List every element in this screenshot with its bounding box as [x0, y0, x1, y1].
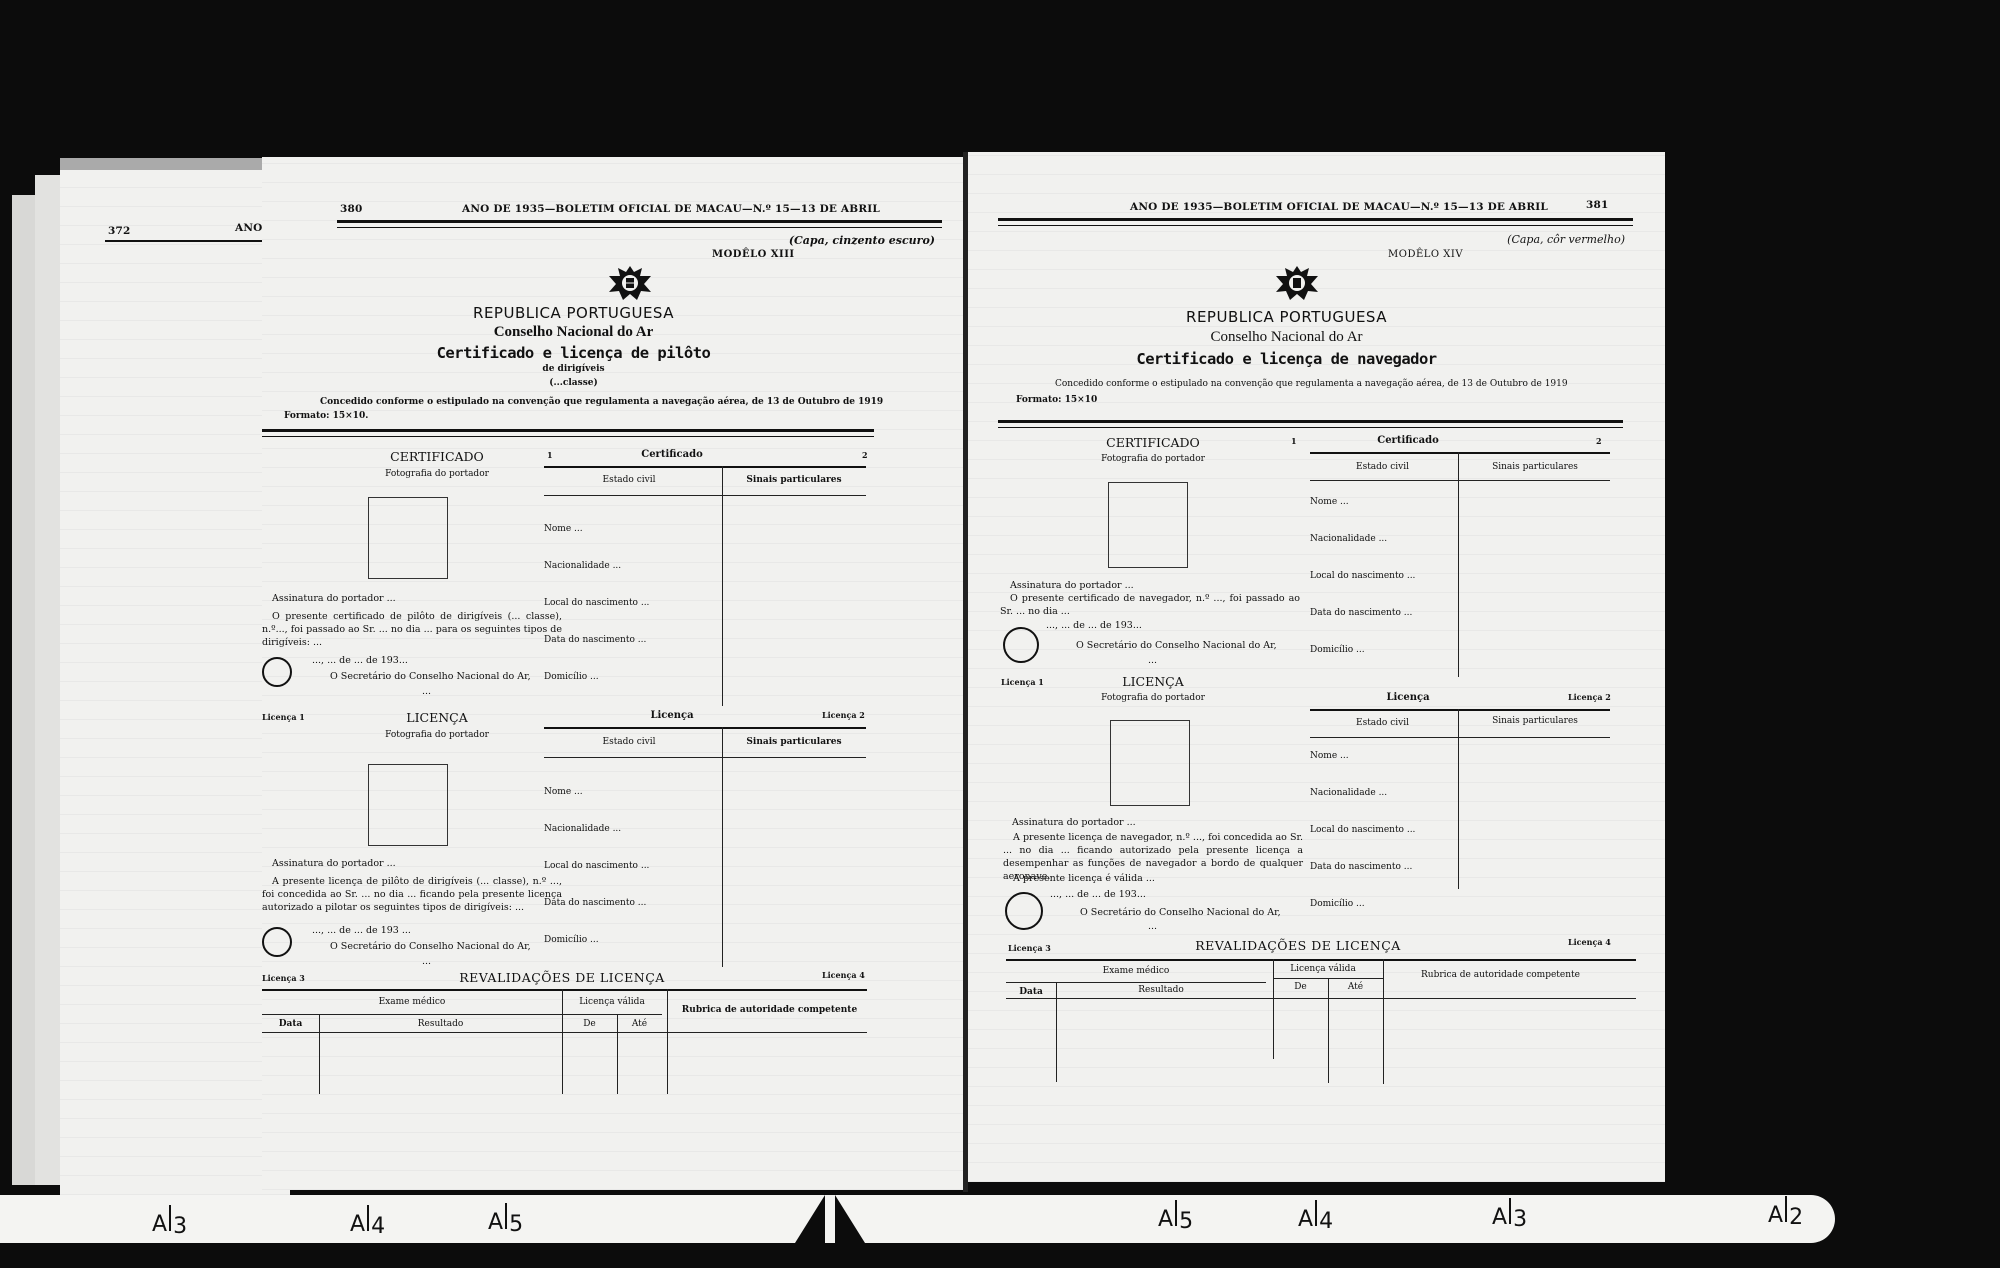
seal-circle [1005, 892, 1043, 930]
secretary-line: O Secretário do Conselho Nacional do Ar, [1080, 906, 1281, 919]
table-rule [1310, 737, 1610, 738]
field-nome: Nome ... [544, 787, 583, 797]
table-rule [1006, 959, 1636, 961]
col-estado-civil: Estado civil [544, 475, 714, 485]
field-data-nascimento: Data do nascimento ... [1310, 608, 1412, 618]
model-label: MODÊLO XIII [712, 249, 795, 260]
table-rule [544, 495, 866, 496]
table-rule [544, 466, 866, 468]
seal-circle [262, 657, 292, 687]
table-divider [1383, 959, 1384, 1084]
subtitle: de dirigíveis [222, 364, 925, 374]
licenca-heading: LICENÇA [1048, 674, 1258, 689]
field-data-nascimento: Data do nascimento ... [544, 635, 646, 645]
panel-number: 1 [1291, 436, 1297, 446]
col-estado-civil: Estado civil [544, 737, 714, 747]
film-mark: A5 [1158, 1200, 1193, 1232]
col-rubrica: Rubrica de autoridade competente [1378, 970, 1623, 980]
col-sinais: Sinais particulares [1460, 462, 1610, 472]
table-rule [262, 989, 867, 991]
col-sinais: Sinais particulares [1460, 716, 1610, 726]
certificado-heading: CERTIFICADO [1048, 435, 1258, 450]
table-rule [1310, 480, 1610, 481]
table-divider [562, 989, 563, 1094]
cert-table-heading: Certificado [572, 449, 772, 460]
secretary-line: O Secretário do Conselho Nacional do Ar, [330, 940, 531, 953]
col-exame-medico: Exame médico [262, 997, 562, 1007]
certificate-text: O presente certificado de pilôto de diri… [262, 610, 562, 649]
field-nacionalidade: Nacionalidade ... [1310, 534, 1387, 544]
coat-of-arms-icon [1274, 264, 1320, 302]
page-number: 381 [1586, 199, 1609, 211]
validity-line: A presente licença é válida ... [1013, 872, 1155, 885]
photo-box [1110, 720, 1190, 806]
class-note: (...classe) [222, 378, 925, 388]
signature-line: Assinatura do portador ... [1012, 816, 1136, 829]
col-ate: Até [617, 1019, 662, 1029]
field-domicilio: Domicílio ... [544, 672, 599, 682]
date-line: ..., ... de ... de 193... [1050, 888, 1146, 901]
revalidacoes-heading: REVALIDAÇÕES DE LICENÇA [1148, 938, 1448, 953]
col-resultado: Resultado [1056, 985, 1266, 995]
table-rule [1006, 998, 1636, 999]
panel-number: 2 [862, 450, 868, 460]
table-divider [617, 1014, 618, 1094]
revalidacoes-heading: REVALIDAÇÕES DE LICENÇA [412, 970, 712, 985]
film-strip [0, 1195, 1835, 1243]
col-estado-civil: Estado civil [1310, 462, 1455, 472]
licenca-heading: LICENÇA [332, 710, 542, 725]
document-title: Certificado e licença de navegador [938, 350, 1635, 368]
col-estado-civil: Estado civil [1310, 718, 1455, 728]
table-rule [1006, 982, 1266, 983]
col-sinais: Sinais particulares [724, 475, 864, 485]
col-ate: Até [1328, 982, 1383, 992]
photo-box [1108, 482, 1188, 568]
table-divider [722, 466, 723, 706]
table-divider [1328, 978, 1329, 1083]
photo-label: Fotografia do portador [332, 469, 542, 479]
secretary-line: O Secretário do Conselho Nacional do Ar, [330, 670, 531, 683]
table-divider [1458, 452, 1459, 677]
date-line: ..., ... de ... de 193... [312, 654, 408, 667]
film-notch-icon [795, 1195, 865, 1243]
ellipsis: ... [422, 955, 431, 968]
field-local-nascimento: Local do nascimento ... [544, 598, 649, 608]
header-rule [998, 218, 1633, 226]
ellipsis: ... [1148, 654, 1157, 667]
certificate-text: O presente certificado de navegador, n.º… [1000, 592, 1300, 618]
date-line: ..., ... de ... de 193 ... [312, 924, 411, 937]
right-page: ANO DE 1935—BOLETIM OFICIAL DE MACAU—N.º… [968, 152, 1665, 1182]
ellipsis: ... [422, 685, 431, 698]
photo-box [368, 764, 448, 846]
field-nacionalidade: Nacionalidade ... [1310, 788, 1387, 798]
cover-note: (Capa, côr vermelho) [1507, 233, 1625, 246]
left-page: 380 ANO DE 1935—BOLETIM OFICIAL DE MACAU… [262, 157, 965, 1190]
panel-number: 1 [547, 450, 553, 460]
table-divider [667, 989, 668, 1094]
lic-table-heading: Licença [572, 710, 772, 721]
col-data: Data [262, 1019, 319, 1029]
lic-table-heading: Licença [1308, 692, 1508, 703]
table-divider [1273, 959, 1274, 1059]
field-domicilio: Domicílio ... [1310, 645, 1365, 655]
ellipsis: ... [1148, 920, 1157, 933]
field-domicilio: Domicílio ... [1310, 899, 1365, 909]
date-line: ..., ... de ... de 193... [1046, 619, 1142, 632]
section-rule [998, 420, 1623, 428]
col-sinais: Sinais particulares [724, 737, 864, 747]
col-de: De [562, 1019, 617, 1029]
signature-line: Assinatura do portador ... [272, 857, 396, 870]
cover-note: (Capa, cinzento escuro) [789, 234, 935, 247]
col-de: De [1273, 982, 1328, 992]
licenca-tag: Licença 1 [1001, 677, 1044, 687]
photo-label: Fotografia do portador [332, 730, 542, 740]
field-domicilio: Domicílio ... [544, 935, 599, 945]
cert-table-heading: Certificado [1308, 435, 1508, 446]
photo-box [368, 497, 448, 579]
back-page-header: ANO [235, 222, 263, 234]
licence-text: A presente licença de pilôto de dirigíve… [262, 875, 562, 914]
photo-label: Fotografia do portador [1048, 693, 1258, 703]
certificado-heading: CERTIFICADO [332, 449, 542, 464]
table-divider [1458, 709, 1459, 889]
field-nome: Nome ... [1310, 751, 1349, 761]
film-mark: A3 [1492, 1198, 1527, 1230]
col-rubrica: Rubrica de autoridade competente [672, 1005, 867, 1015]
council-title: Conselho Nacional do Ar [222, 324, 925, 341]
field-nacionalidade: Nacionalidade ... [544, 561, 621, 571]
col-resultado: Resultado [319, 1019, 562, 1029]
film-mark: A3 [152, 1205, 187, 1237]
table-rule [1310, 452, 1610, 454]
licenca-3-tag: Licença 3 [1008, 943, 1051, 953]
header-rule [105, 240, 265, 242]
republic-title: REPUBLICA PORTUGUESA [938, 308, 1635, 326]
running-header: ANO DE 1935—BOLETIM OFICIAL DE MACAU—N.º… [1130, 201, 1548, 213]
photo-label: Fotografia do portador [1048, 454, 1258, 464]
film-mark: A4 [1298, 1200, 1333, 1232]
seal-circle [262, 927, 292, 957]
field-local-nascimento: Local do nascimento ... [1310, 571, 1415, 581]
table-divider [319, 1014, 320, 1094]
seal-circle [1003, 627, 1039, 663]
film-mark: A5 [488, 1203, 523, 1235]
field-data-nascimento: Data do nascimento ... [1310, 862, 1412, 872]
model-label: MODÊLO XIV [1388, 249, 1463, 260]
signature-line: Assinatura do portador ... [272, 592, 396, 605]
panel-number: 2 [1596, 436, 1602, 446]
running-header: ANO DE 1935—BOLETIM OFICIAL DE MACAU—N.º… [462, 203, 880, 215]
table-rule [544, 757, 866, 758]
col-exame-medico: Exame médico [1006, 966, 1266, 976]
document-title: Certificado e licença de pilôto [222, 344, 925, 362]
table-rule [262, 1014, 662, 1015]
coat-of-arms-icon [607, 264, 653, 302]
page-number: 380 [340, 203, 363, 215]
col-licenca-valida: Licença válida [562, 997, 662, 1007]
table-divider [1056, 982, 1057, 1082]
format-text: Formato: 15×10. [284, 411, 368, 421]
film-mark: A4 [350, 1205, 385, 1237]
col-licenca-valida: Licença válida [1268, 964, 1378, 974]
secretary-line: O Secretário do Conselho Nacional do Ar, [1076, 639, 1277, 652]
table-rule [544, 727, 866, 729]
format-text: Formato: 15×10 [1016, 395, 1097, 405]
licenca-4-tag: Licença 4 [1568, 937, 1611, 947]
field-local-nascimento: Local do nascimento ... [544, 861, 649, 871]
republic-title: REPUBLICA PORTUGUESA [222, 304, 925, 322]
licenca-2-tag: Licença 2 [822, 710, 865, 720]
granted-text: Concedido conforme o estipulado na conve… [1055, 379, 1568, 389]
table-rule [1310, 709, 1610, 711]
granted-text: Concedido conforme o estipulado na conve… [320, 397, 883, 407]
signature-line: Assinatura do portador ... [1010, 579, 1134, 592]
table-divider [722, 727, 723, 967]
licenca-4-tag: Licença 4 [822, 970, 865, 980]
council-title: Conselho Nacional do Ar [938, 329, 1635, 346]
film-mark: A2 [1768, 1196, 1803, 1228]
back-page-number: 372 [108, 225, 131, 237]
field-local-nascimento: Local do nascimento ... [1310, 825, 1415, 835]
field-nacionalidade: Nacionalidade ... [544, 824, 621, 834]
field-nome: Nome ... [544, 524, 583, 534]
licenca-3-tag: Licença 3 [262, 973, 305, 983]
field-data-nascimento: Data do nascimento ... [544, 898, 646, 908]
table-rule [262, 1032, 867, 1033]
field-nome: Nome ... [1310, 497, 1349, 507]
licenca-tag: Licença 1 [262, 712, 305, 722]
col-data: Data [1006, 987, 1056, 997]
header-rule [337, 220, 942, 228]
section-rule [262, 429, 874, 437]
licenca-2-tag: Licença 2 [1568, 692, 1611, 702]
